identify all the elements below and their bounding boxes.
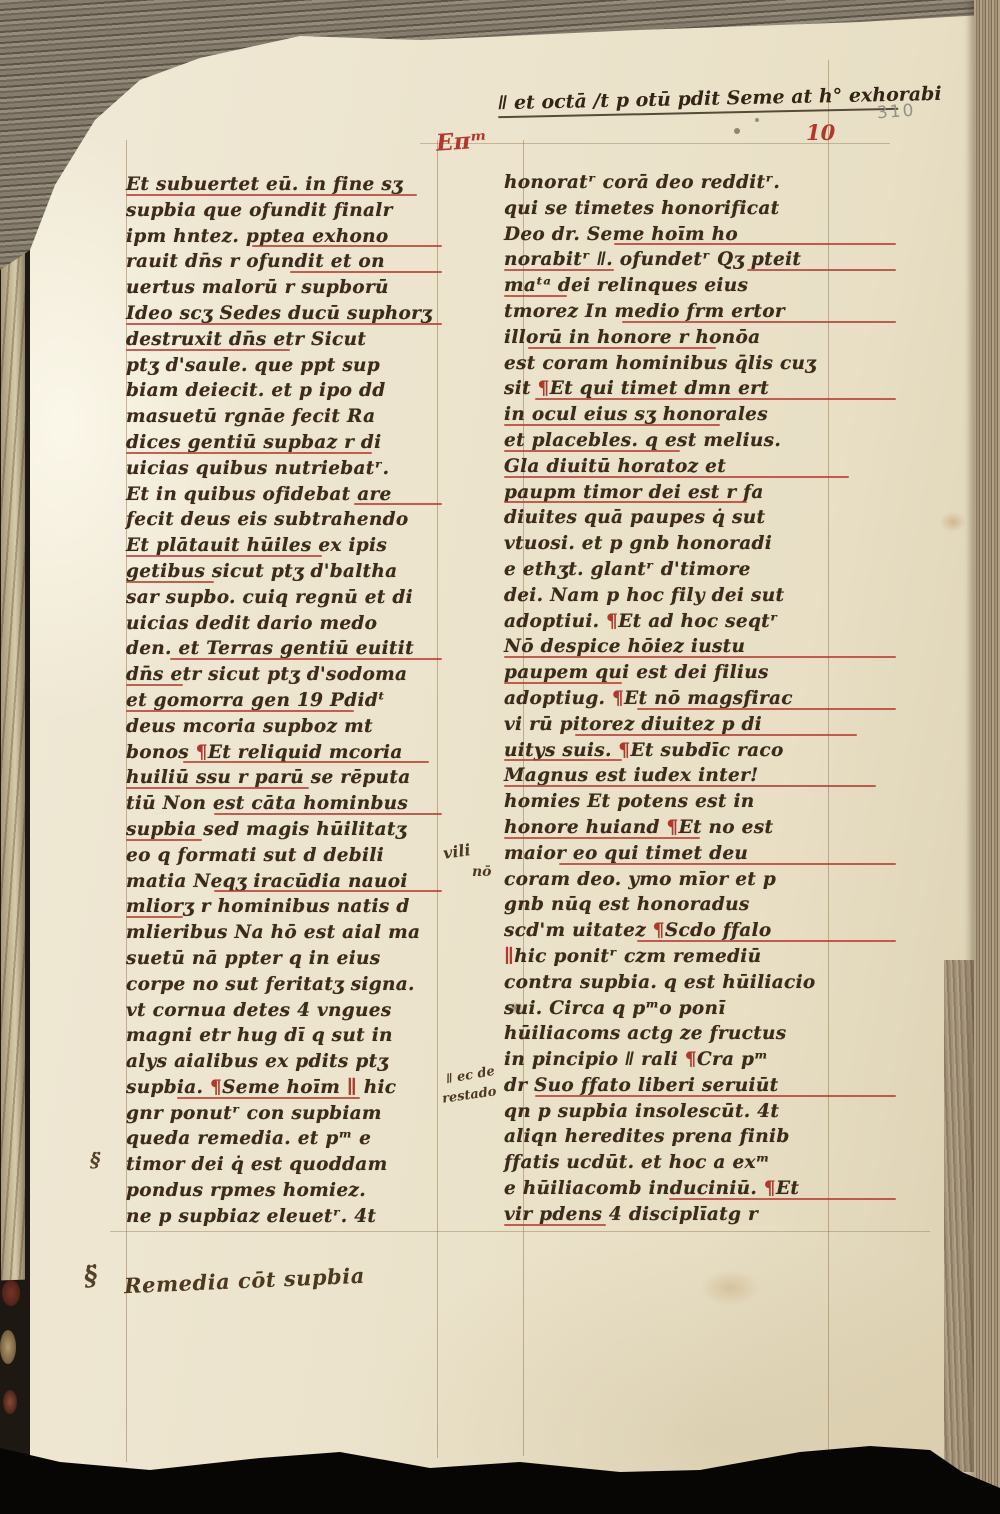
text-line: Deo dr. Seme hoīm ho (504, 222, 896, 248)
red-underline (504, 269, 614, 271)
text-line: sit ¶Et qui timet dmn ert (504, 376, 896, 402)
text-line: et gomorra gen 19 Pdidᵗ (126, 688, 442, 714)
text-line: alys aialibus ex pdits ptʒ (126, 1049, 442, 1075)
red-underline (126, 194, 417, 196)
text-line: biam deiecit. et p ipo dd (126, 378, 442, 404)
text-line: Nō despice hōiez iustu (504, 634, 896, 660)
text-line: supbia. ¶Seme hoīm ∥ hic (126, 1075, 442, 1101)
red-underline (177, 1097, 360, 1099)
text-line: eo q formati sut d debili (126, 843, 442, 869)
text-line: Et in quibus ofidebat are (126, 482, 442, 508)
text-line: tmorez In medio frm ertor (504, 299, 896, 325)
red-underline (504, 476, 849, 478)
text-line: uertus malorū r supborū (126, 275, 442, 301)
text-line: vt cornua detes 4 vngues (126, 998, 442, 1024)
text-line: qui se timetes honorificat (504, 196, 896, 222)
text-line: fecit deus eis subtrahendo (126, 507, 442, 533)
text-line: dr Suo ffato liberi seruiūt (504, 1073, 896, 1099)
text-line: in ocul eius sʒ honorales (504, 402, 896, 428)
text-line: dei. Nam p hoc fily dei sut (504, 583, 896, 609)
previous-page-sliver (1, 240, 25, 1281)
red-underline (290, 271, 442, 273)
text-line: ffatis ucdūt. et hoc a exᵐ (504, 1150, 896, 1176)
red-underline (126, 710, 354, 712)
red-underline (126, 839, 202, 841)
red-underline (183, 761, 429, 763)
red-underline (214, 890, 442, 892)
folio-number-pencil: 310 (876, 101, 916, 124)
red-underline (354, 503, 442, 505)
bottom-note-mark: §̈ (82, 1261, 99, 1292)
red-underline (504, 424, 720, 426)
text-line: contra supbia. q est hūiliacio (504, 970, 896, 996)
red-underline (504, 450, 680, 452)
text-line: magni etr hug dī q sut in (126, 1023, 442, 1049)
text-line: est coram hominibus q̄lis cuʒ (504, 351, 896, 377)
marbled-edge-spot (0, 1330, 16, 1364)
red-underline (504, 1224, 606, 1226)
red-underline (126, 323, 442, 325)
text-line: den. et Terras gentiū euitit (126, 636, 442, 662)
red-underline (504, 837, 700, 839)
text-line: masuetū rgnāe fecit Ra (126, 404, 442, 430)
text-line: ipm hntez. pptea exhono (126, 224, 442, 250)
text-column-right: honoratʳ corā deo redditʳ.qui se timetes… (504, 170, 896, 1228)
text-line: matia Neqʒ iracūdia nauoi (126, 869, 442, 895)
text-line: hūiliacoms actg ze fructus (504, 1021, 896, 1047)
margin-note-vili: vili (442, 840, 472, 863)
bottom-background-base (0, 1488, 1000, 1514)
red-underline (637, 940, 896, 942)
text-line: destruxit dn̄s etr Sicut (126, 327, 442, 353)
red-underline (614, 243, 896, 245)
text-line: getibus sicut ptʒ d'baltha (126, 559, 442, 585)
text-line: maior eo qui timet deu (504, 841, 896, 867)
margin-note-no: nō (472, 864, 492, 880)
text-line: supbia que ofundit finalr (126, 198, 442, 224)
red-underline (528, 347, 716, 349)
red-underline (170, 658, 442, 660)
text-line: sui. Circa q pᵐo ponī (504, 996, 896, 1022)
text-line: uitys suis. ¶Et subdīc raco (504, 738, 896, 764)
red-underline (504, 682, 622, 684)
red-underline (559, 863, 896, 865)
text-line: qn p supbia insolescūt. 4t (504, 1099, 896, 1125)
text-line: honoratʳ corā deo redditʳ. (504, 170, 896, 196)
red-underline (126, 684, 183, 686)
red-underline (126, 555, 322, 557)
text-line: queda remedia. et pᵐ e (126, 1126, 442, 1152)
marbled-edge-spot (3, 1390, 17, 1414)
text-line: illorū in honore r honōa (504, 325, 896, 351)
text-line: Et subuertet eū. in fine sʒ (126, 172, 442, 198)
text-line: bonos ¶Et reliquid mcoria (126, 740, 442, 766)
text-line: Magnus est iudex inter! (504, 763, 896, 789)
text-line: mliorʒ r hominibus natis d (126, 894, 442, 920)
margin-section-mark: §̈ (90, 1148, 100, 1172)
text-line: honore huiand ¶Et no est (504, 815, 896, 841)
manuscript-photo: ǁ et octā /t p otū pdit Seme at h° exhor… (0, 0, 1000, 1514)
red-underline (126, 787, 309, 789)
red-underline (669, 1198, 896, 1200)
text-line: pondus rpmes homiez. (126, 1178, 442, 1204)
red-underline (126, 452, 372, 454)
text-line: coram deo. ymo mīor et p (504, 867, 896, 893)
text-line: Ideo scʒ Sedes ducū suphorʒ (126, 301, 442, 327)
text-line: gnr ponutʳ con supbiam (126, 1101, 442, 1127)
text-line: homies Et potens est in (504, 789, 896, 815)
text-line: ne p supbiaz eleuetʳ. 4t (126, 1204, 442, 1230)
text-line: huiliū ssu r parū se rēputa (126, 765, 442, 791)
text-line: paupem qui est dei filius (504, 660, 896, 686)
text-line: vi rū pitorez diuitez p di (504, 712, 896, 738)
book-fore-edge (974, 0, 1000, 1490)
text-line: adoptiui. ¶Et ad hoc seqtʳ (504, 609, 896, 635)
text-line: norabitʳ ǁ. ofundetʳ Qʒ pteit (504, 247, 896, 273)
red-underline (126, 349, 290, 351)
text-line: corpe no sut feritatʒ signa. (126, 972, 442, 998)
text-line: scd'm uitatez ¶Scdo ffalo (504, 918, 896, 944)
text-line: gnb nūq est honoradus (504, 892, 896, 918)
book-fore-edge-wide (944, 960, 976, 1472)
text-line: supbia sed magis hūilitatʒ (126, 817, 442, 843)
text-line: dn̄s etr sicut ptʒ d'sodoma (126, 662, 442, 688)
red-underline (214, 813, 442, 815)
text-line: Gla diuitū horatoz et (504, 454, 896, 480)
text-line: timor dei q̇ est quoddam (126, 1152, 442, 1178)
text-line: paupm timor dei est r fa (504, 480, 896, 506)
red-underline (504, 501, 747, 503)
text-line: ptʒ d'saule. que ppt sup (126, 353, 442, 379)
red-underline (747, 269, 896, 271)
red-underline (126, 916, 183, 918)
red-underline (504, 785, 876, 787)
text-line: suetū nā ppter q in eius (126, 946, 442, 972)
text-line: mlieribus Na hō est aial ma (126, 920, 442, 946)
text-line: ∥hic ponitʳ czm remediū (504, 944, 896, 970)
text-line: sar supbo. cuiq regnū et di (126, 585, 442, 611)
text-line: e hūiliacomb induciniū. ¶Et (504, 1176, 896, 1202)
text-line: aliqn heredites prena finib (504, 1124, 896, 1150)
red-underline (575, 734, 857, 736)
text-line: maᵗᵃ dei relinques eius (504, 273, 896, 299)
text-line: uicias quibus nutriebatʳ. (126, 456, 442, 482)
text-line: vtuosi. et p gnb honoradi (504, 531, 896, 557)
red-underline (504, 295, 567, 297)
red-underline (535, 398, 896, 400)
red-underline (622, 321, 896, 323)
text-line: Et plātauit hūiles ex ipis (126, 533, 442, 559)
ruling-line-bottom (110, 1231, 930, 1232)
text-line: deus mcoria supboz mt (126, 714, 442, 740)
text-line: et placebles. q est melius. (504, 428, 896, 454)
chapter-mark-red: Eπᵐ (435, 126, 488, 157)
text-line: rauit dn̄s r ofundit et on (126, 249, 442, 275)
text-line: adoptiug. ¶Et nō magsfirac (504, 686, 896, 712)
red-underline (504, 656, 896, 658)
red-underline (252, 245, 442, 247)
text-line: e ethʒt. glantʳ d'timore (504, 557, 896, 583)
folio-number-red: 10 (806, 120, 835, 145)
text-line: tiū Non est cāta hominbus (126, 791, 442, 817)
marbled-edge-spot (2, 1280, 20, 1306)
text-column-left: Et subuertet eū. in fine sʒsupbia que of… (126, 172, 442, 1230)
red-underline (535, 1095, 896, 1097)
text-line: in pincipio ǁ rali ¶Cra pᵐ (504, 1047, 896, 1073)
text-line: uicias dedit dario medo (126, 611, 442, 637)
text-line: vir pdens 4 disciplīatg r (504, 1202, 896, 1228)
red-underline (637, 708, 896, 710)
text-line: dices gentiū supbaz r di (126, 430, 442, 456)
red-underline (126, 581, 214, 583)
text-line: diuites quā paupes q̇ sut (504, 505, 896, 531)
red-underline (504, 759, 622, 761)
